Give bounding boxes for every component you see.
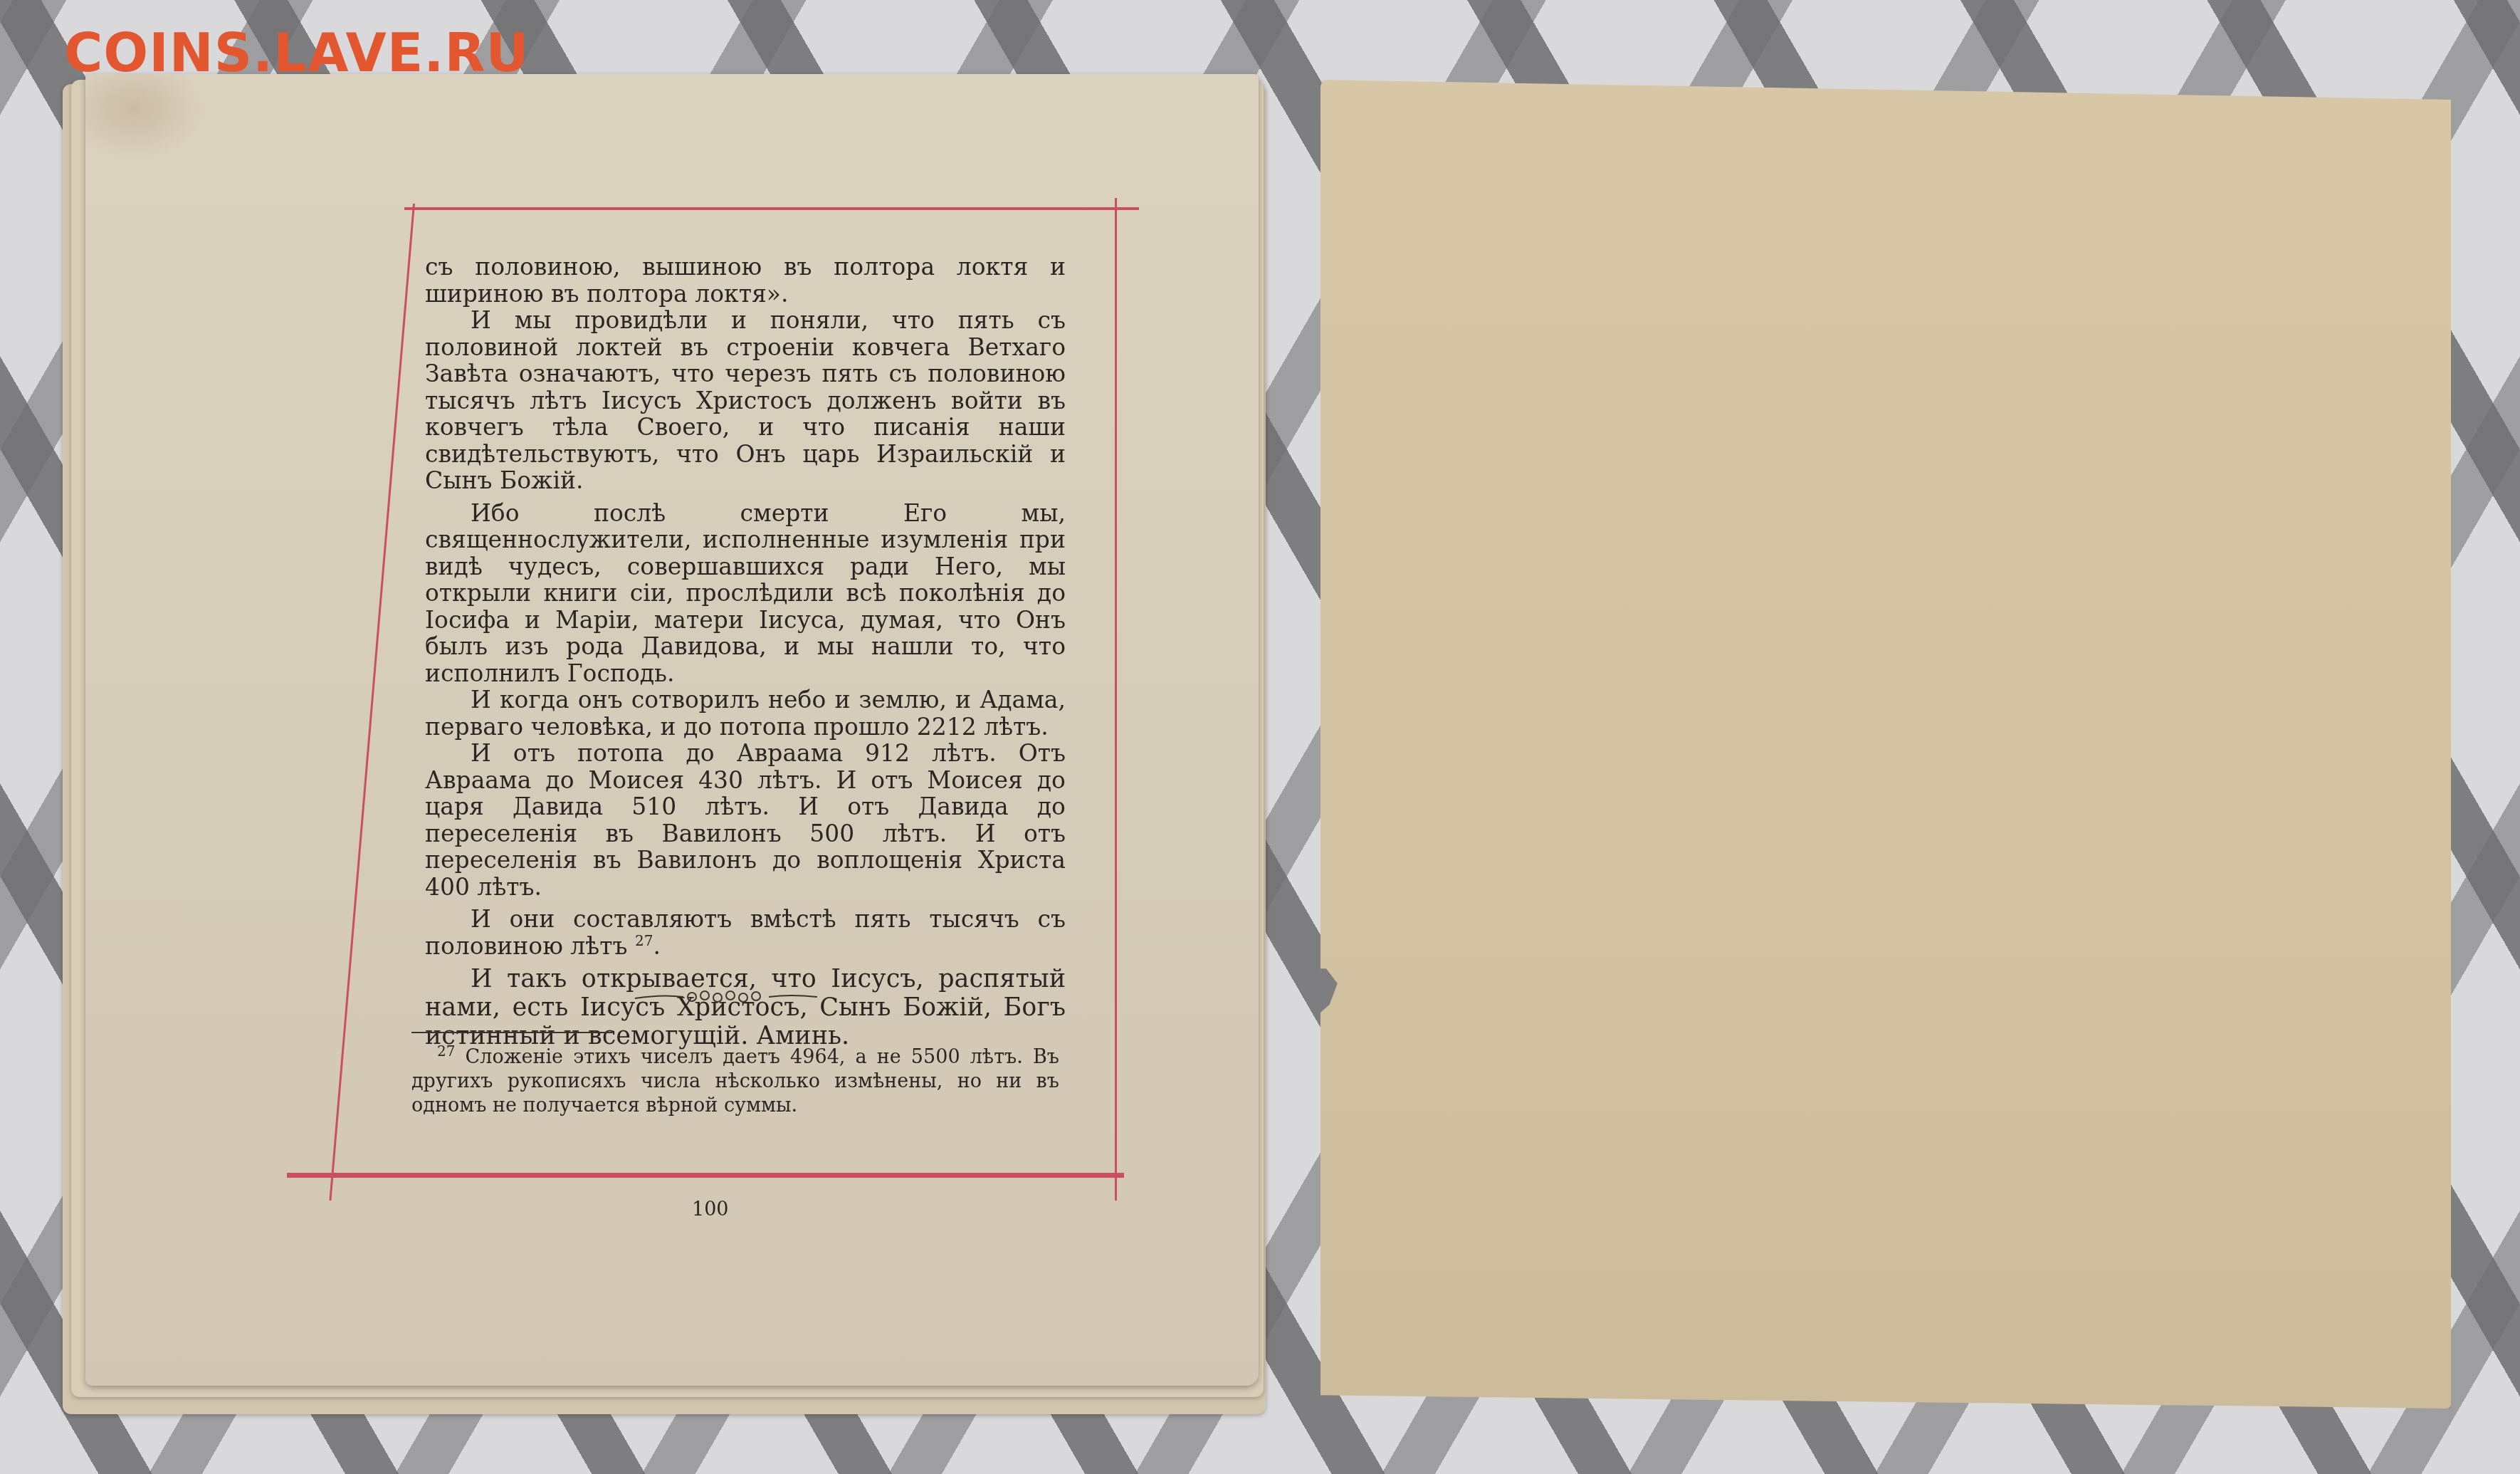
footnote-rule: [411, 1032, 612, 1033]
paragraph: И когда онъ сотворилъ небо и землю, и Ад…: [425, 686, 1066, 740]
body-text: съ половиною, вышиною въ полтора локтя и…: [425, 253, 1066, 1050]
watermark: COINS.LAVE.RU: [64, 23, 530, 84]
paragraph: съ половиною, вышиною въ полтора локтя и…: [425, 253, 1066, 307]
right-page-blank: [1321, 80, 2451, 1408]
frame-bottom-line: [287, 1173, 1124, 1178]
footnote-ref: 27: [635, 932, 653, 949]
footnote-number: 27: [437, 1042, 455, 1060]
paragraph: И такъ открывается, что Іисусъ, распятый…: [425, 965, 1066, 1050]
footnote: 27 Сложеніе этихъ чиселъ даетъ 4964, а н…: [411, 1045, 1059, 1118]
paragraph: И отъ потопа до Авраама 912 лѣтъ. Отъ Ав…: [425, 740, 1066, 900]
paragraph: И мы провидѣли и поняли, что пять съ пол…: [425, 307, 1066, 494]
footnote-text: Сложеніе этихъ чиселъ даетъ 4964, а не 5…: [411, 1046, 1059, 1117]
page-number: 100: [692, 1198, 729, 1221]
paragraph: Ибо послѣ смерти Его мы, священнослужите…: [425, 500, 1066, 687]
paragraph-text: И они составляютъ вмѣстѣ пять тысячъ съ …: [425, 905, 1066, 960]
paragraph-end: .: [653, 932, 661, 960]
paragraph: И они составляютъ вмѣстѣ пять тысячъ съ …: [425, 906, 1066, 959]
ornament-divider-icon: [634, 988, 819, 1005]
frame-top-line: [404, 207, 1139, 210]
frame-right-line: [1115, 198, 1117, 1201]
corner-stain: [85, 74, 206, 160]
